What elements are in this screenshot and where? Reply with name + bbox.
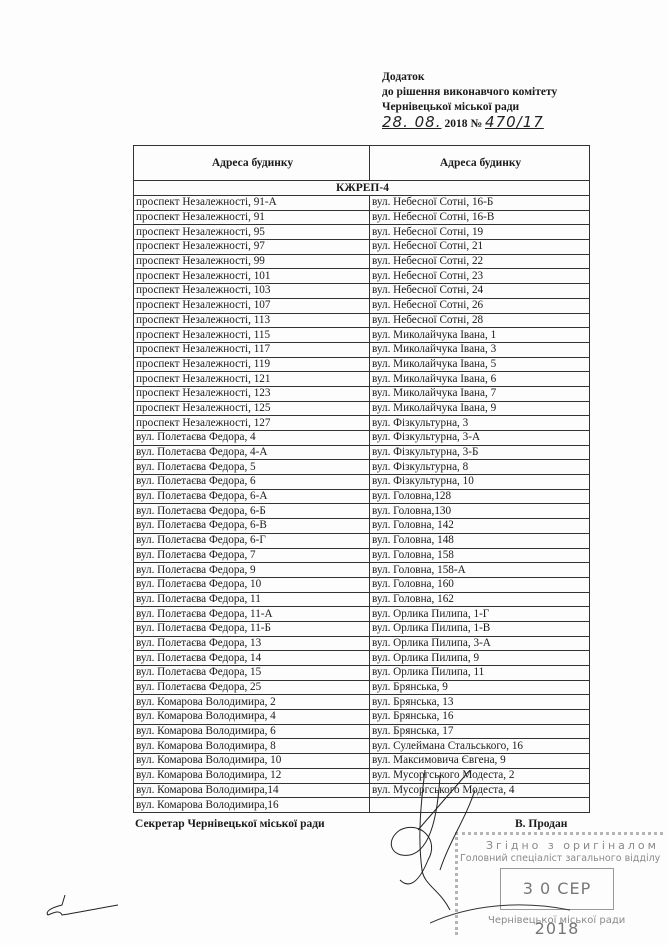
address-cell-right: вул. Фізкультурна, 8 xyxy=(370,460,590,475)
address-cell-left: вул. Полетаєва Федора, 6-Б xyxy=(134,504,370,519)
address-cell-right: вул. Небесної Сотні, 24 xyxy=(370,284,590,299)
table-row: вул. Полетаєва Федора, 13вул. Орлика Пил… xyxy=(134,636,590,651)
address-cell-right xyxy=(370,798,590,813)
address-cell-left: проспект Незалежності, 125 xyxy=(134,401,370,416)
column-header-left: Адреса будинку xyxy=(134,146,370,181)
address-cell-right: вул. Небесної Сотні, 19 xyxy=(370,225,590,240)
stamp-date: 3 0 СЕР 2018 xyxy=(500,868,614,910)
group-label: КЖРЕП-4 xyxy=(134,181,590,196)
address-cell-left: проспект Незалежності, 113 xyxy=(134,313,370,328)
table-row: вул. Комарова Володимира, 10вул. Максимо… xyxy=(134,754,590,769)
address-cell-right: вул. Небесної Сотні, 22 xyxy=(370,254,590,269)
address-cell-right: вул. Орлика Пилипа, 9 xyxy=(370,651,590,666)
table-row: вул. Полетаєва Федора, 11-Бвул. Орлика П… xyxy=(134,621,590,636)
address-cell-left: проспект Незалежності, 103 xyxy=(134,284,370,299)
address-cell-right: вул. Миколайчука Івана, 5 xyxy=(370,357,590,372)
column-header-right: Адреса будинку xyxy=(370,146,590,181)
address-cell-left: проспект Незалежності, 91 xyxy=(134,210,370,225)
address-cell-left: проспект Незалежності, 107 xyxy=(134,298,370,313)
address-cell-right: вул. Миколайчука Івана, 7 xyxy=(370,386,590,401)
group-row: КЖРЕП-4 xyxy=(134,181,590,196)
address-cell-left: вул. Полетаєва Федора, 4-А xyxy=(134,445,370,460)
decision-date-line: 28. 08. 2018 № 470/17 xyxy=(382,115,557,132)
address-cell-left: проспект Незалежності, 115 xyxy=(134,328,370,343)
address-cell-right: вул. Мусоргського Модеста, 4 xyxy=(370,783,590,798)
table-row: проспект Незалежності, 117вул. Миколайчу… xyxy=(134,342,590,357)
handwritten-number: 470/17 xyxy=(485,115,544,130)
table-row: проспект Незалежності, 91-Авул. Небесної… xyxy=(134,196,590,211)
address-cell-right: вул. Миколайчука Івана, 9 xyxy=(370,401,590,416)
address-cell-left: вул. Полетаєва Федора, 10 xyxy=(134,577,370,592)
address-cell-left: вул. Комарова Володимира, 2 xyxy=(134,695,370,710)
table-row: проспект Незалежності, 119вул. Миколайчу… xyxy=(134,357,590,372)
table-row: вул. Полетаєва Федора, 15вул. Орлика Пил… xyxy=(134,666,590,681)
table-row: проспект Незалежності, 127вул. Фізкульту… xyxy=(134,416,590,431)
address-cell-left: вул. Полетаєва Федора, 6-В xyxy=(134,519,370,534)
table-row: вул. Полетаєва Федора, 6-Авул. Головна,1… xyxy=(134,489,590,504)
address-cell-left: вул. Комарова Володимира,14 xyxy=(134,783,370,798)
address-cell-right: вул. Фізкультурна, 10 xyxy=(370,475,590,490)
table-row: вул. Полетаєва Федора, 4вул. Фізкультурн… xyxy=(134,431,590,446)
address-table: Адреса будинку Адреса будинку КЖРЕП-4 пр… xyxy=(133,145,590,813)
address-cell-right: вул. Миколайчука Івана, 6 xyxy=(370,372,590,387)
address-cell-right: вул. Брянська, 16 xyxy=(370,710,590,725)
certification-stamp: Згідно з оригіналом Головний спеціаліст … xyxy=(455,832,663,935)
address-cell-left: вул. Полетаєва Федора, 13 xyxy=(134,636,370,651)
address-cell-left: проспект Незалежності, 127 xyxy=(134,416,370,431)
address-cell-right: вул. Небесної Сотні, 26 xyxy=(370,298,590,313)
appendix-label: Додаток xyxy=(382,70,557,85)
table-row: вул. Полетаєва Федора, 5вул. Фізкультурн… xyxy=(134,460,590,475)
address-cell-left: вул. Комарова Володимира,16 xyxy=(134,798,370,813)
address-cell-right: вул. Небесної Сотні, 16-В xyxy=(370,210,590,225)
address-cell-left: вул. Комарова Володимира, 10 xyxy=(134,754,370,769)
address-cell-right: вул. Сулеймана Стальського, 16 xyxy=(370,739,590,754)
address-cell-left: вул. Полетаєва Федора, 25 xyxy=(134,680,370,695)
address-cell-right: вул. Головна, 158 xyxy=(370,548,590,563)
address-cell-right: вул. Миколайчука Івана, 3 xyxy=(370,342,590,357)
number-sign: № xyxy=(470,117,482,132)
table-row: вул. Полетаєва Федора, 11-Авул. Орлика П… xyxy=(134,607,590,622)
table-row: вул. Полетаєва Федора, 25вул. Брянська, … xyxy=(134,680,590,695)
address-cell-right: вул. Головна, 162 xyxy=(370,592,590,607)
address-cell-left: вул. Комарова Володимира, 6 xyxy=(134,724,370,739)
table-row: проспект Незалежності, 99вул. Небесної С… xyxy=(134,254,590,269)
table-row: вул. Полетаєва Федора, 6вул. Фізкультурн… xyxy=(134,475,590,490)
address-cell-right: вул. Небесної Сотні, 28 xyxy=(370,313,590,328)
address-cell-left: вул. Комарова Володимира, 12 xyxy=(134,768,370,783)
address-cell-left: вул. Полетаєва Федора, 14 xyxy=(134,651,370,666)
address-cell-right: вул. Головна, 142 xyxy=(370,519,590,534)
address-cell-left: проспект Незалежності, 95 xyxy=(134,225,370,240)
address-cell-right: вул. Фізкультурна, 3-А xyxy=(370,431,590,446)
table-row: вул. Комарова Володимира, 12вул. Мусоргс… xyxy=(134,768,590,783)
table-row: вул. Комарова Володимира, 2вул. Брянська… xyxy=(134,695,590,710)
table-row: проспект Незалежності, 103вул. Небесної … xyxy=(134,284,590,299)
table-row: вул. Комарова Володимира, 4вул. Брянська… xyxy=(134,710,590,725)
secretary-title: Секретар Чернівецької міської ради xyxy=(135,818,325,830)
address-cell-left: проспект Незалежності, 119 xyxy=(134,357,370,372)
address-cell-right: вул. Головна, 158-А xyxy=(370,563,590,578)
address-cell-right: вул. Головна, 160 xyxy=(370,577,590,592)
address-cell-left: проспект Незалежності, 91-А xyxy=(134,196,370,211)
table-row: проспект Незалежності, 123вул. Миколайчу… xyxy=(134,386,590,401)
table-row: вул. Полетаєва Федора, 6-Бвул. Головна,1… xyxy=(134,504,590,519)
address-cell-left: вул. Полетаєва Федора, 11 xyxy=(134,592,370,607)
table-row: вул. Полетаєва Федора, 11вул. Головна, 1… xyxy=(134,592,590,607)
address-cell-left: проспект Незалежності, 121 xyxy=(134,372,370,387)
address-cell-left: вул. Полетаєва Федора, 11-Б xyxy=(134,621,370,636)
table-row: проспект Незалежності, 95вул. Небесної С… xyxy=(134,225,590,240)
address-cell-left: вул. Комарова Володимира, 4 xyxy=(134,710,370,725)
table-header-row: Адреса будинку Адреса будинку xyxy=(134,146,590,181)
address-cell-right: вул. Мусоргського Модеста, 2 xyxy=(370,768,590,783)
table-row: вул. Полетаєва Федора, 6-Гвул. Головна, … xyxy=(134,533,590,548)
address-cell-right: вул. Брянська, 13 xyxy=(370,695,590,710)
address-cell-right: вул. Максимовича Євгена, 9 xyxy=(370,754,590,769)
table-row: проспект Незалежності, 91вул. Небесної С… xyxy=(134,210,590,225)
table-row: вул. Комарова Володимира, 8вул. Сулейман… xyxy=(134,739,590,754)
address-cell-right: вул. Фізкультурна, 3 xyxy=(370,416,590,431)
address-cell-left: вул. Полетаєва Федора, 4 xyxy=(134,431,370,446)
address-cell-right: вул. Орлика Пилипа, 1-Г xyxy=(370,607,590,622)
table-row: проспект Незалежності, 121вул. Миколайчу… xyxy=(134,372,590,387)
address-cell-left: проспект Незалежності, 101 xyxy=(134,269,370,284)
table-row: вул. Полетаєва Федора, 4-Авул. Фізкульту… xyxy=(134,445,590,460)
table-row: вул. Полетаєва Федора, 7вул. Головна, 15… xyxy=(134,548,590,563)
table-row: вул. Полетаєва Федора, 14вул. Орлика Пил… xyxy=(134,651,590,666)
address-cell-left: вул. Полетаєва Федора, 6-А xyxy=(134,489,370,504)
table-row: проспект Незалежності, 115вул. Миколайчу… xyxy=(134,328,590,343)
table-row: вул. Комарова Володимира,16 xyxy=(134,798,590,813)
address-cell-right: вул. Небесної Сотні, 16-Б xyxy=(370,196,590,211)
decision-year: 2018 xyxy=(444,117,467,132)
address-cell-left: вул. Полетаєва Федора, 6-Г xyxy=(134,533,370,548)
signer-name: В. Продан xyxy=(515,818,567,830)
address-cell-right: вул. Орлика Пилипа, 3-А xyxy=(370,636,590,651)
table-row: вул. Полетаєва Федора, 9вул. Головна, 15… xyxy=(134,563,590,578)
address-cell-right: вул. Орлика Пилипа, 1-В xyxy=(370,621,590,636)
address-cell-right: вул. Небесної Сотні, 21 xyxy=(370,240,590,255)
table-row: проспект Незалежності, 97вул. Небесної С… xyxy=(134,240,590,255)
address-cell-right: вул. Миколайчука Івана, 1 xyxy=(370,328,590,343)
table-row: вул. Полетаєва Федора, 10вул. Головна, 1… xyxy=(134,577,590,592)
address-cell-right: вул. Брянська, 17 xyxy=(370,724,590,739)
table-row: проспект Незалежності, 101вул. Небесної … xyxy=(134,269,590,284)
address-cell-left: вул. Полетаєва Федора, 6 xyxy=(134,475,370,490)
address-cell-left: вул. Полетаєва Федора, 9 xyxy=(134,563,370,578)
stamp-line-3: Чернівецької міської ради xyxy=(488,915,625,926)
stamp-line-1: Згідно з оригіналом xyxy=(486,839,659,852)
handwritten-date: 28. 08. xyxy=(382,115,441,130)
table-row: вул. Комарова Володимира,14вул. Мусоргсь… xyxy=(134,783,590,798)
address-cell-left: проспект Незалежності, 99 xyxy=(134,254,370,269)
table-row: вул. Полетаєва Федора, 6-Ввул. Головна, … xyxy=(134,519,590,534)
address-cell-left: вул. Полетаєва Федора, 7 xyxy=(134,548,370,563)
stamp-line-2: Головний спеціаліст загального відділу xyxy=(460,853,660,864)
address-cell-right: вул. Брянська, 9 xyxy=(370,680,590,695)
table-row: вул. Комарова Володимира, 6вул. Брянська… xyxy=(134,724,590,739)
address-cell-left: проспект Незалежності, 123 xyxy=(134,386,370,401)
address-cell-left: вул. Полетаєва Федора, 5 xyxy=(134,460,370,475)
table-row: проспект Незалежності, 107вул. Небесної … xyxy=(134,298,590,313)
address-cell-right: вул. Головна,128 xyxy=(370,489,590,504)
address-cell-right: вул. Фізкультурна, 3-Б xyxy=(370,445,590,460)
address-cell-right: вул. Небесної Сотні, 23 xyxy=(370,269,590,284)
address-cell-right: вул. Головна,130 xyxy=(370,504,590,519)
address-cell-right: вул. Орлика Пилипа, 11 xyxy=(370,666,590,681)
address-cell-left: проспект Незалежності, 117 xyxy=(134,342,370,357)
table-row: проспект Незалежності, 125вул. Миколайчу… xyxy=(134,401,590,416)
address-cell-left: вул. Полетаєва Федора, 11-А xyxy=(134,607,370,622)
decision-label: до рішення виконавчого комітету xyxy=(382,85,557,100)
address-cell-right: вул. Головна, 148 xyxy=(370,533,590,548)
initials-mark-icon xyxy=(40,890,125,930)
address-cell-left: вул. Полетаєва Федора, 15 xyxy=(134,666,370,681)
address-cell-left: проспект Незалежності, 97 xyxy=(134,240,370,255)
table-row: проспект Незалежності, 113вул. Небесної … xyxy=(134,313,590,328)
address-cell-left: вул. Комарова Володимира, 8 xyxy=(134,739,370,754)
document-header: Додаток до рішення виконавчого комітету … xyxy=(382,70,557,132)
